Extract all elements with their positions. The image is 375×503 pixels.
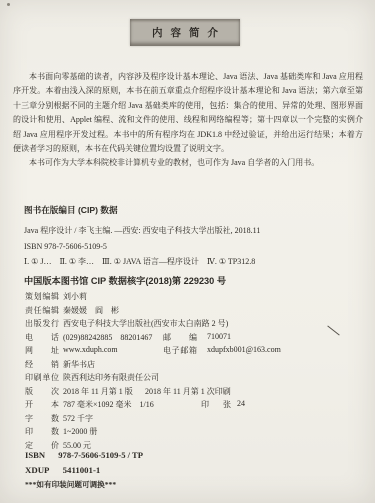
- footer-xdup-label: XDUP: [25, 465, 49, 475]
- pub-row-telephone: 电话 (029)88242885 88201467 邮编 710071: [25, 332, 367, 346]
- pub-value-email-address: xdupfxb001@163.com: [207, 345, 281, 354]
- pub-label-postcode: 邮编: [163, 332, 197, 343]
- footer-xdup-value: 5411001-1: [63, 465, 101, 475]
- pub-label: 印数: [25, 426, 59, 437]
- pub-row-printer: 印刷单位 陕西利达印务有限责任公司: [25, 372, 367, 386]
- footer-exchange-note: ***如有印装问题可调换***: [25, 479, 143, 490]
- pub-label: 网址: [25, 345, 59, 356]
- pub-value-edition: 2018 年 11 月第 1 版: [63, 386, 133, 397]
- content-summary-title: 内容简介: [144, 25, 226, 40]
- pub-row-planning-editor: 策划编辑 刘小莉: [25, 291, 367, 305]
- pub-label: 开本: [25, 399, 59, 410]
- pub-row-wordcount: 字数 572 千字: [25, 413, 367, 427]
- content-summary-box: 内容简介: [130, 19, 240, 46]
- cip-isbn: ISBN 978-7-5606-5109-5: [24, 239, 365, 255]
- intro-paragraph-1: 本书面向零基础的读者，内容涉及程序设计基本理论、Java 语法、Java 基础类…: [13, 70, 363, 156]
- intro-paragraph-2: 本书可作为大学本科院校非计算机专业的教材，也可作为 Java 自学者的入门用书。: [13, 156, 363, 170]
- pub-label-email: 电子邮箱: [163, 345, 197, 356]
- pub-row-distributor: 经销 新华书店: [25, 359, 367, 373]
- pub-row-publisher: 出版发行 西安电子科技大学出版社(西安市太白南路 2 号): [25, 318, 367, 332]
- pub-label: 版次: [25, 386, 59, 397]
- footer-xdup-line: XDUP 5411001-1: [25, 465, 143, 479]
- footer-block: ISBN 978-7-5606-5109-5 / TP XDUP 5411001…: [25, 450, 143, 490]
- pub-label: 印刷单位: [25, 372, 59, 383]
- footer-isbn-line: ISBN 978-7-5606-5109-5 / TP: [25, 450, 143, 465]
- pub-row-format: 开本 787 毫米×1092 毫米 1/16 印张 24: [25, 399, 367, 413]
- pub-value: (029)88242885 88201467: [63, 332, 152, 343]
- pub-value-postcode: 710071: [207, 332, 231, 341]
- pub-row-responsible-editor: 责任编辑 秦媛媛 阎 彬: [25, 305, 367, 319]
- pub-value: 刘小莉: [63, 291, 87, 302]
- pub-label: 出版发行: [25, 318, 59, 329]
- cip-classification: Ⅰ. ① J… Ⅱ. ① 李… Ⅲ. ① JAVA 语言—程序设计 Ⅳ. ① T…: [24, 254, 365, 270]
- cip-registry-number: 中国版本图书馆 CIP 数据核字(2018)第 229230 号: [24, 273, 365, 287]
- pub-label: 字数: [25, 413, 59, 424]
- cip-entry: Java 程序设计 / 李飞主编. —西安: 西安电子科技大学出版社, 2018…: [24, 223, 365, 239]
- pub-value: 572 千字: [63, 413, 93, 424]
- pub-value: 陕西利达印务有限责任公司: [63, 372, 159, 383]
- footer-isbn-value: 978-7-5606-5109-5 / TP: [58, 450, 143, 460]
- publication-info: 策划编辑 刘小莉 责任编辑 秦媛媛 阎 彬 出版发行 西安电子科技大学出版社(西…: [25, 291, 367, 454]
- pub-value-format: 787 毫米×1092 毫米 1/16: [63, 399, 154, 410]
- pub-label-sheets: 印张: [201, 399, 231, 410]
- pub-label: 经销: [25, 359, 59, 370]
- pub-label: 策划编辑: [25, 291, 59, 302]
- cip-title: 图书在版编目 (CIP) 数据: [24, 204, 365, 216]
- cip-block: 图书在版编目 (CIP) 数据 Java 程序设计 / 李飞主编. —西安: 西…: [24, 204, 365, 287]
- pub-value: 西安电子科技大学出版社(西安市太白南路 2 号): [63, 318, 228, 329]
- pub-value: 新华书店: [63, 359, 95, 370]
- pub-value-website-url: www.xduph.com: [63, 345, 118, 354]
- pub-label: 责任编辑: [25, 305, 59, 316]
- pub-value: 秦媛媛 阎 彬: [63, 305, 119, 316]
- pub-row-edition: 版次 2018 年 11 月第 1 版 2018 年 11 月第 1 次印刷: [25, 386, 367, 400]
- pub-row-website: 网址 www.xduph.com 电子邮箱 xdupfxb001@163.com: [25, 345, 367, 359]
- pub-row-printrun: 印数 1~2000 册: [25, 426, 367, 440]
- pub-value-sheets: 24: [237, 399, 245, 408]
- scan-speck: [7, 3, 10, 6]
- intro-text: 本书面向零基础的读者，内容涉及程序设计基本理论、Java 语法、Java 基础类…: [13, 70, 363, 171]
- pub-label: 电话: [25, 332, 59, 343]
- pub-value: 1~2000 册: [63, 426, 97, 437]
- pub-value-printing: 2018 年 11 月第 1 次印刷: [145, 386, 231, 397]
- footer-isbn-label: ISBN: [25, 450, 45, 460]
